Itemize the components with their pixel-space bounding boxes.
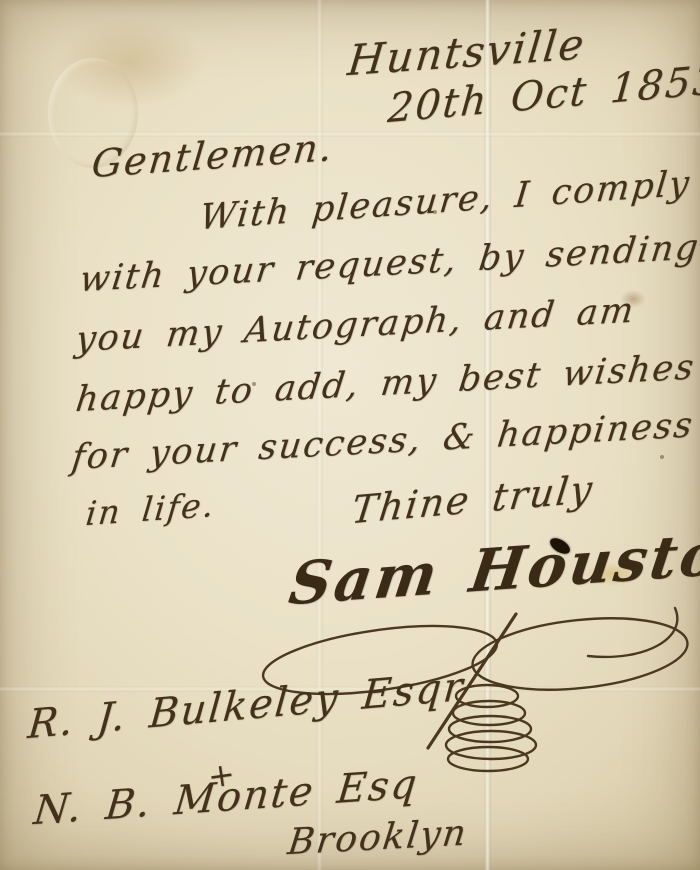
letter-scan: Huntsville 20th Oct 1853 Gentlemen. With… [0,0,700,870]
letter-closing: Thine truly [349,467,596,533]
letter-body-line: with your request, by sending [78,227,700,300]
letter-body-line: With pleasure, I comply [198,163,693,238]
letter-body-line: for your success, & happiness [70,405,697,478]
recipient-city: Brooklyn [285,812,470,863]
letter-body-line: you my Autograph, and am [74,291,638,361]
paper-speck [660,455,664,459]
letter-body-line: in life. [84,485,217,533]
